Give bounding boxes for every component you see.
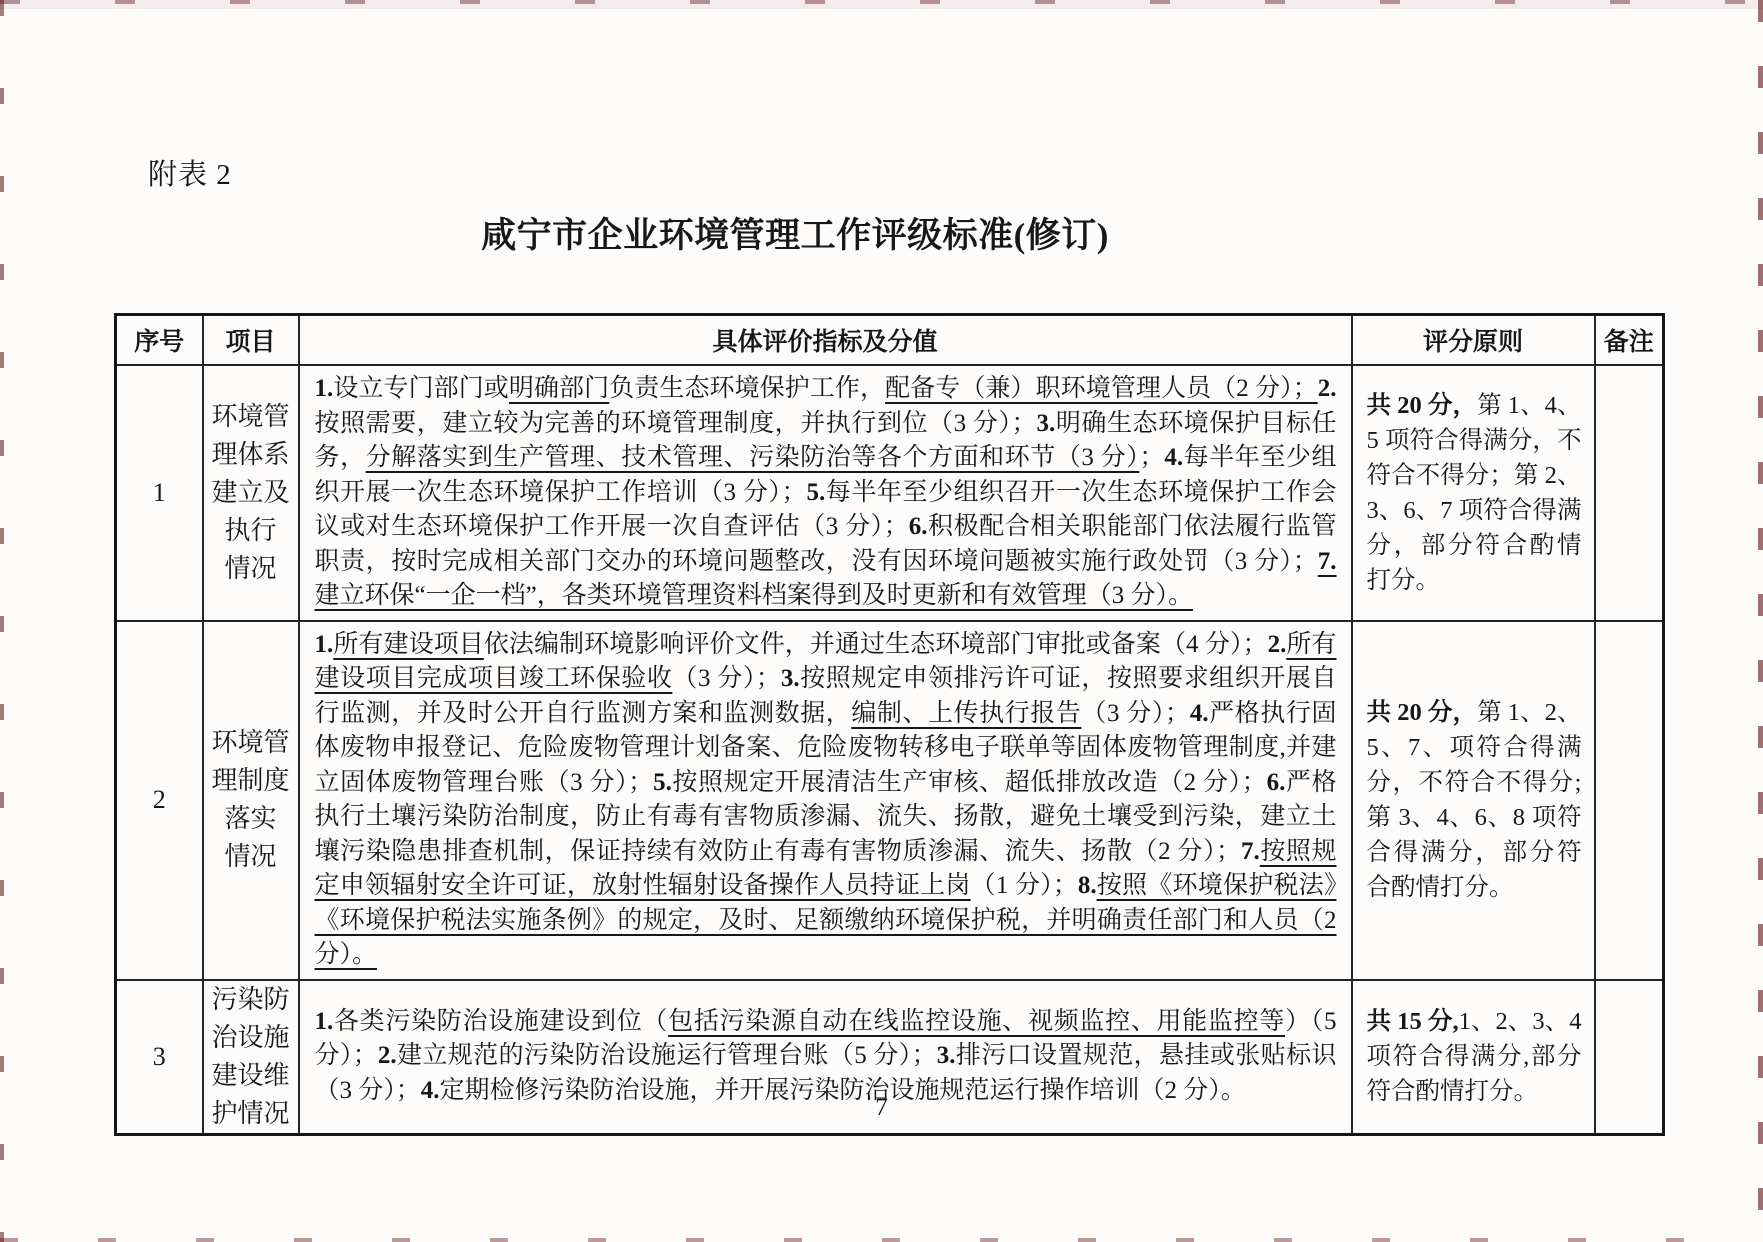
header-row: 序号 项目 具体评价指标及分值 评分原则 备注 (116, 315, 1664, 366)
column-header-indicators: 具体评价指标及分值 (299, 315, 1352, 366)
scoring-cell: 共 20 分，第 1、4、5 项符合得满分，不符合不得分；第 2、3、6、7 项… (1352, 365, 1595, 621)
row-number-cell: 1 (116, 365, 203, 621)
remark-cell (1595, 621, 1664, 980)
document-page: 附表 2 咸宁市企业环境管理工作评级标准(修订) 序号 项目 具体评价指标及分值… (0, 0, 1763, 1242)
project-cell: 环境管 理制度 落实 情况 (203, 621, 299, 980)
document-title: 咸宁市企业环境管理工作评级标准(修订) (0, 208, 1590, 258)
scan-mark-right-artifact (1758, 0, 1763, 1242)
scan-mark-left-artifact (0, 0, 4, 1242)
column-header-scoring: 评分原则 (1352, 315, 1595, 366)
scan-mark-bottom-artifact (0, 1238, 1763, 1242)
table-caption: 附表 2 (148, 152, 232, 193)
column-header-project: 项目 (203, 315, 299, 366)
column-header-remark: 备注 (1595, 315, 1664, 366)
rating-standards-table: 序号 项目 具体评价指标及分值 评分原则 备注 1 环境管 理体系 建立及 执行… (114, 313, 1665, 1136)
scan-mark-top-artifact (0, 0, 1763, 4)
scan-tint-artifact (0, 0, 1763, 9)
indicators-cell: 1.设立专门部门或明确部门负责生态环境保护工作，配备专（兼）职环境管理人员（2 … (299, 365, 1352, 621)
table-row: 2 环境管 理制度 落实 情况 1.所有建设项目依法编制环境影响评价文件，并通过… (116, 621, 1664, 980)
row-number-cell: 2 (116, 621, 203, 980)
indicators-cell: 1.所有建设项目依法编制环境影响评价文件，并通过生态环境部门审批或备案（4 分）… (299, 621, 1352, 980)
project-cell: 环境管 理体系 建立及 执行 情况 (203, 365, 299, 621)
scoring-cell: 共 20 分，第 1、2、5、7、项符合得满分，不符合不得分;第 3、4、6、8… (1352, 621, 1595, 980)
table-row: 1 环境管 理体系 建立及 执行 情况 1.设立专门部门或明确部门负责生态环境保… (116, 365, 1664, 621)
page-number: 7 (0, 1094, 1763, 1122)
remark-cell (1595, 365, 1664, 621)
column-header-number: 序号 (116, 315, 203, 366)
